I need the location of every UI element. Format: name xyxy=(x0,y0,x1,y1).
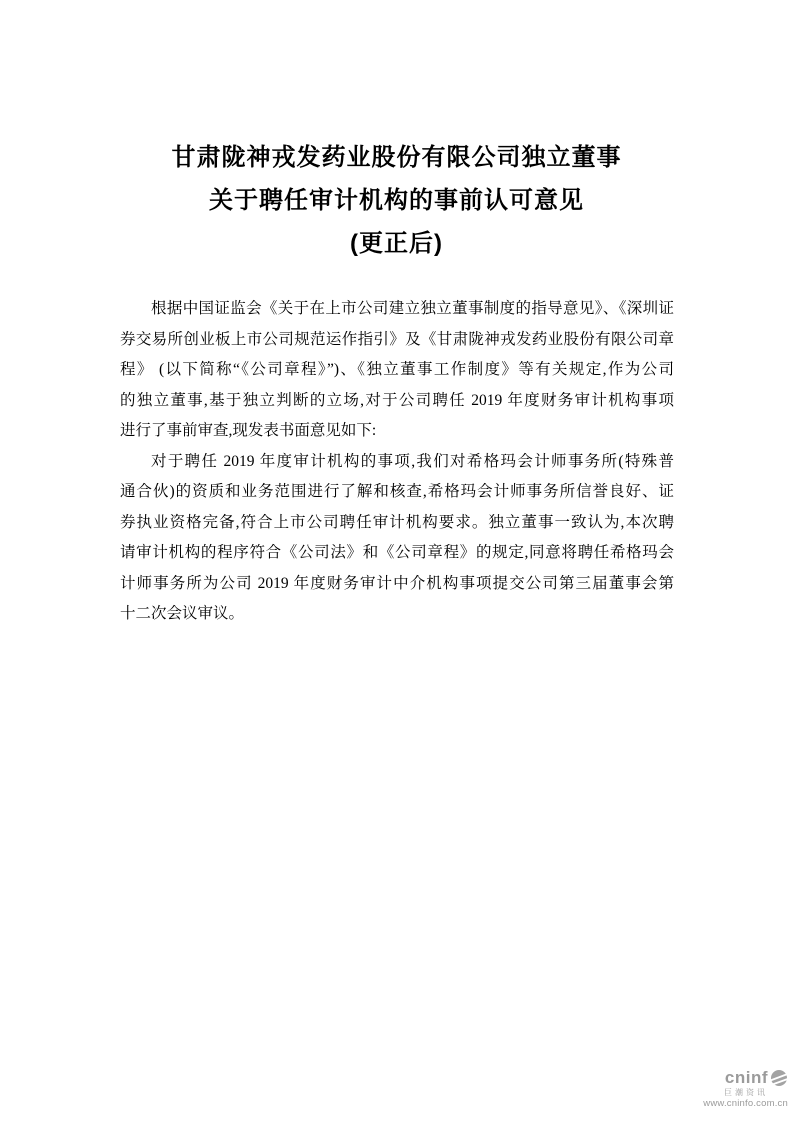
document-title: 甘肃陇神戎发药业股份有限公司独立董事 关于聘任审计机构的事前认可意见 (更正后) xyxy=(0,136,793,265)
paragraph-line: 根据中国证监会《关于在上市公司建立独立董事制度的指导意见》、《深圳证 xyxy=(120,294,674,325)
paragraph-line: 计师事务所为公司 2019 年度财务审计中介机构事项提交公司第三届董事会第 xyxy=(120,569,674,600)
paragraph-2: 对于聘任 2019 年度审计机构的事项,我们对希格玛会计师事务所(特殊普 通合伙… xyxy=(120,447,674,630)
document-page: 甘肃陇神戎发药业股份有限公司独立董事 关于聘任审计机构的事前认可意见 (更正后)… xyxy=(0,0,793,1122)
cninfo-logo-chinese-name: 巨潮资讯 xyxy=(703,1089,768,1097)
cninfo-logo-brand: cninf xyxy=(725,1069,768,1086)
document-title-line-3: (更正后) xyxy=(0,222,793,265)
paragraph-line: 券交易所创业板上市公司规范运作指引》及《甘肃陇神戎发药业股份有限公司章 xyxy=(120,325,674,356)
paragraph-line: 通合伙)的资质和业务范围进行了解和核查,希格玛会计师事务所信誉良好、证 xyxy=(120,477,674,508)
paragraph-1: 根据中国证监会《关于在上市公司建立独立董事制度的指导意见》、《深圳证 券交易所创… xyxy=(120,294,674,447)
paragraph-line: 的独立董事,基于独立判断的立场,对于公司聘任 2019 年度财务审计机构事项 xyxy=(120,386,674,417)
paragraph-line: 十二次会议审议。 xyxy=(120,599,674,630)
paragraph-line: 请审计机构的程序符合《公司法》和《公司章程》的规定,同意将聘任希格玛会 xyxy=(120,538,674,569)
cninfo-logo-brand-row: cninf xyxy=(703,1069,788,1087)
document-body: 根据中国证监会《关于在上市公司建立独立董事制度的指导意见》、《深圳证 券交易所创… xyxy=(120,294,674,630)
paragraph-line: 券执业资格完备,符合上市公司聘任审计机构要求。独立董事一致认为,本次聘 xyxy=(120,508,674,539)
cninfo-logo-url: www.cninfo.com.cn xyxy=(703,1099,788,1109)
paragraph-line: 对于聘任 2019 年度审计机构的事项,我们对希格玛会计师事务所(特殊普 xyxy=(120,447,674,478)
paragraph-line: 进行了事前审查,现发表书面意见如下: xyxy=(120,416,674,447)
document-title-line-1: 甘肃陇神戎发药业股份有限公司独立董事 xyxy=(0,136,793,179)
document-title-line-2: 关于聘任审计机构的事前认可意见 xyxy=(0,179,793,222)
cninfo-swirl-icon xyxy=(770,1069,788,1087)
cninfo-logo: cninf 巨潮资讯 www.cninfo.com.cn xyxy=(703,1069,788,1109)
paragraph-line: 程》 (以下简称“《公司章程》”)、《独立董事工作制度》等有关规定,作为公司 xyxy=(120,355,674,386)
